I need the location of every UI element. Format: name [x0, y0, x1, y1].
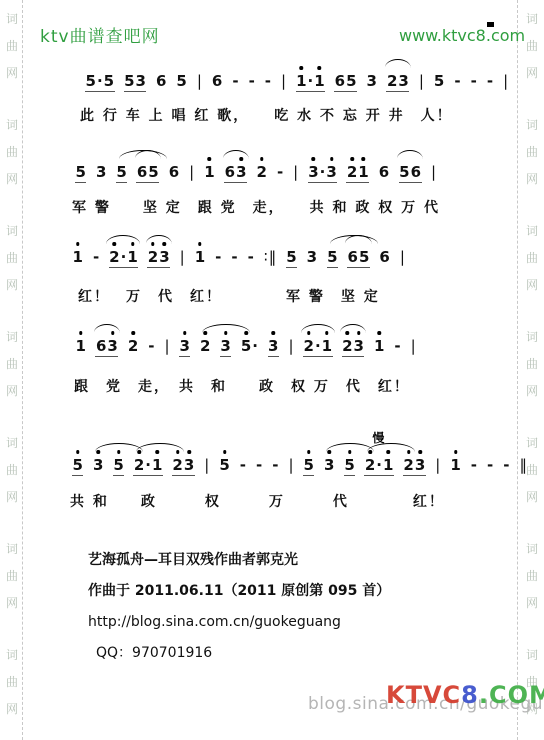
note-char: | [435, 456, 441, 474]
note-char: - [148, 337, 155, 355]
note-char: 2 [403, 456, 414, 474]
barline: ‖ [519, 456, 528, 474]
note-group: 23 [342, 337, 365, 357]
note-char: · [252, 337, 259, 355]
note-group: - [239, 456, 246, 474]
note-char: | [288, 337, 294, 355]
note-char: - [247, 248, 254, 266]
note-group: - [276, 163, 283, 181]
side-watermark-char: 网 [3, 696, 21, 723]
note-char: 3 [159, 248, 170, 266]
note-char: 2 [199, 337, 210, 355]
note-group: 6 [378, 163, 389, 181]
note-group: 3 [366, 72, 377, 90]
side-watermark-char: 曲 [3, 351, 21, 378]
note-char: | [293, 163, 299, 181]
note-char: - [454, 72, 461, 90]
barline: | [293, 163, 299, 181]
logo-part-ktvc: KTVC [386, 681, 461, 709]
side-watermark-char: 网 [3, 378, 21, 405]
note-char: 1 [204, 163, 215, 181]
side-watermark-char: 网 [523, 484, 541, 511]
side-watermark-char: 网 [523, 166, 541, 193]
note-char: ‖ [268, 248, 277, 266]
note-group: 56 [399, 163, 422, 183]
note-char: 3 [398, 72, 409, 90]
note-char: - [486, 72, 493, 90]
note-group: 1 [204, 163, 215, 181]
note-char: - [276, 163, 283, 181]
note-group: - [264, 72, 271, 90]
side-watermark-group: 词曲网 [523, 218, 541, 299]
side-watermark-char: 曲 [523, 139, 541, 166]
note-group: 63 [224, 163, 247, 183]
note-char: 1 [151, 456, 162, 474]
note-group: 2 [199, 337, 210, 355]
note-char: | [431, 163, 437, 181]
note-char: - [239, 456, 246, 474]
note-char: 5 [344, 456, 355, 474]
note-group: - [256, 456, 263, 474]
side-watermark-group: 词曲网 [523, 324, 541, 405]
right-side-watermark: 词曲网词曲网词曲网词曲网词曲网词曲网词曲网 [523, 6, 541, 740]
barline: | [431, 163, 437, 181]
note-char: 6 [379, 248, 390, 266]
note-char: - [256, 456, 263, 474]
side-watermark-char: 词 [523, 6, 541, 33]
barline: | [204, 456, 210, 474]
note-group: 1·1 [296, 72, 326, 92]
notation-line-5: 5352·123|5---|535慢2·123|1---‖ [72, 456, 537, 476]
note-char: - [248, 72, 255, 90]
side-watermark-group: 词曲网 [3, 218, 21, 299]
note-char: ‖ [519, 456, 528, 474]
note-char: 6 [378, 163, 389, 181]
barline: | [435, 456, 441, 474]
note-char: | [189, 163, 195, 181]
side-watermark-char: 网 [3, 60, 21, 87]
sheet-music-page: 词曲网词曲网词曲网词曲网词曲网词曲网词曲网 词曲网词曲网词曲网词曲网词曲网词曲网… [0, 0, 544, 740]
note-group: 23 [147, 248, 170, 268]
note-group: 65 [334, 72, 357, 92]
note-group: - [272, 456, 279, 474]
notation-line-2: 535656|1632-|3·321656| [75, 163, 446, 183]
compose-date-line: 作曲于 2011.06.11（2011 原创第 095 首） [88, 580, 390, 600]
side-watermark-char: 网 [3, 166, 21, 193]
side-watermark-char: 曲 [3, 139, 21, 166]
note-char: 5 [113, 456, 124, 474]
side-watermark-group: 词曲网 [3, 324, 21, 405]
barline: | [189, 163, 195, 181]
note-group: - [486, 72, 493, 90]
note-char: | [179, 248, 185, 266]
note-char: 1 [321, 337, 332, 355]
side-watermark-char: 词 [523, 430, 541, 457]
note-char: 3 [306, 248, 317, 266]
note-group: 5 [116, 163, 127, 183]
side-watermark-group: 词曲网 [523, 6, 541, 87]
note-group: 5· [240, 337, 258, 355]
note-char: 1 [194, 248, 205, 266]
note-char: · [319, 163, 326, 181]
side-watermark-char: 网 [523, 272, 541, 299]
barline: | [196, 72, 202, 90]
note-group: 5 [327, 248, 338, 268]
note-char: 1 [314, 72, 325, 90]
note-group: 2 [256, 163, 267, 181]
note-char: 2 [364, 456, 375, 474]
side-watermark-char: 词 [3, 218, 21, 245]
note-group: 1 [72, 248, 83, 266]
note-char: 3 [366, 72, 377, 90]
side-watermark-char: 曲 [523, 351, 541, 378]
note-group: 23 [172, 456, 195, 476]
note-group: 5 [176, 72, 187, 90]
side-watermark-char: 网 [523, 60, 541, 87]
slur-arc [94, 324, 120, 333]
note-group: 5 [113, 456, 124, 476]
note-char: · [376, 456, 383, 474]
barline: ∶‖ [263, 248, 276, 266]
note-char: 1 [127, 248, 138, 266]
note-char: 2 [303, 337, 314, 355]
slur-arc [385, 59, 411, 68]
note-char: 1 [358, 163, 369, 181]
note-char: - [272, 456, 279, 474]
lyrics-line-3: 红！ 万 代 红！ 军 警 坚 定 [78, 286, 380, 306]
note-group: 3 [220, 337, 231, 357]
note-char: | [281, 72, 287, 90]
note-group: 2 [127, 337, 138, 355]
note-char: 3 [268, 337, 279, 355]
notation-line-3: 1-2·123|1---∶‖535656| [72, 248, 414, 268]
note-group: 5 [75, 163, 86, 183]
note-char: 1 [373, 337, 384, 355]
ktvc8-logo: KTVC8.COM [386, 681, 544, 709]
note-char: 5 [303, 456, 314, 474]
note-group: 2·1 [109, 248, 139, 268]
note-char: - [503, 456, 510, 474]
left-side-watermark: 词曲网词曲网词曲网词曲网词曲网词曲网词曲网 [3, 6, 21, 740]
note-group: 5 [219, 456, 230, 474]
note-group: 5·5 [85, 72, 115, 92]
left-dashed-border [22, 0, 23, 740]
note-char: 2 [109, 248, 120, 266]
note-char: 5 [124, 72, 135, 90]
note-char: | [418, 72, 424, 90]
note-char: 2 [133, 456, 144, 474]
note-group: 1 [373, 337, 384, 355]
barline: | [503, 72, 509, 90]
note-group: - [487, 456, 494, 474]
barline: | [281, 72, 287, 90]
note-group: 3 [92, 456, 103, 474]
note-group: 3 [179, 337, 190, 357]
note-char: | [204, 456, 210, 474]
note-char: | [503, 72, 509, 90]
note-group: - [248, 72, 255, 90]
side-watermark-char: 词 [3, 6, 21, 33]
barline: | [179, 248, 185, 266]
side-watermark-char: 词 [523, 642, 541, 669]
note-char: 2 [147, 248, 158, 266]
note-group: - [394, 337, 401, 355]
side-watermark-char: 网 [3, 272, 21, 299]
note-char: · [145, 456, 152, 474]
blog-url-text: http://blog.sina.com.cn/guokeguang [88, 614, 341, 630]
side-watermark-char: 词 [3, 112, 21, 139]
note-char: 6 [155, 72, 166, 90]
note-char: 3 [95, 163, 106, 181]
side-watermark-char: 词 [3, 536, 21, 563]
note-char: 3 [107, 337, 118, 355]
note-char: 3 [308, 163, 319, 181]
side-watermark-char: 词 [3, 324, 21, 351]
side-watermark-char: 网 [3, 484, 21, 511]
note-char: 6 [347, 248, 358, 266]
logo-part-com: .COM [479, 681, 544, 709]
lyrics-line-1: 此 行 车 上 唱 红 歌， 吃 水 不 忘 开 井 人！ [80, 105, 453, 125]
lyrics-line-5: 共 和 政 权 万 代 红！ [70, 491, 445, 511]
note-group: 3·3 [308, 163, 338, 183]
note-char: - [92, 248, 99, 266]
note-char: · [96, 72, 103, 90]
note-char: 6 [95, 337, 106, 355]
note-char: 2 [386, 72, 397, 90]
note-char: 6 [224, 163, 235, 181]
note-char: 5 [148, 163, 159, 181]
side-watermark-group: 词曲网 [3, 536, 21, 617]
side-watermark-char: 网 [3, 590, 21, 617]
note-char: 5 [116, 163, 127, 181]
note-group: - [232, 72, 239, 90]
note-char: 5 [346, 72, 357, 90]
barline: | [288, 456, 294, 474]
note-group: - [470, 72, 477, 90]
note-group: - [503, 456, 510, 474]
corner-mark [487, 22, 494, 27]
note-char: 1 [75, 337, 86, 355]
side-watermark-char: 曲 [3, 563, 21, 590]
barline: | [288, 337, 294, 355]
note-char: 1 [296, 72, 307, 90]
side-watermark-char: 词 [523, 536, 541, 563]
note-char: 5 [240, 337, 251, 355]
side-watermark-char: 曲 [3, 245, 21, 272]
note-group: - [92, 248, 99, 266]
side-watermark-char: 词 [3, 430, 21, 457]
slur-arc [222, 150, 248, 159]
note-char: 1 [450, 456, 461, 474]
slur-arc [340, 324, 366, 333]
lyrics-line-4: 跟 党 走， 共 和 政 权 万 代 红！ [74, 376, 410, 396]
note-char: 3 [414, 456, 425, 474]
note-char: 2 [127, 337, 138, 355]
note-char: 5 [286, 248, 297, 266]
barline: | [399, 248, 405, 266]
lyrics-line-2: 军 警 坚 定 跟 党 走， 共 和 政 权 万 代 [72, 197, 440, 217]
note-char: - [470, 72, 477, 90]
note-group: 慢2·1 [364, 456, 394, 476]
side-watermark-char: 曲 [523, 33, 541, 60]
note-group: 2·1 [303, 337, 333, 357]
note-group: 21 [346, 163, 369, 183]
note-char: 5 [358, 248, 369, 266]
site-name-link[interactable]: ktv曲谱查吧网 [40, 22, 160, 47]
side-watermark-char: 曲 [3, 457, 21, 484]
note-group: 3 [306, 248, 317, 266]
note-group: 6 [379, 248, 390, 266]
song-credit-line: 艺海孤舟—耳目双残作曲者郭克光 [88, 549, 298, 569]
note-group: 3 [95, 163, 106, 181]
right-dashed-border [517, 0, 518, 740]
note-char: 3 [135, 72, 146, 90]
note-group: - [470, 456, 477, 474]
note-group: 2·1 [133, 456, 163, 476]
side-watermark-char: 网 [523, 378, 541, 405]
note-char: 6 [410, 163, 421, 181]
note-group: 3 [323, 456, 334, 474]
note-char: 1 [382, 456, 393, 474]
note-char: 5 [399, 163, 410, 181]
note-group: 6 [155, 72, 166, 90]
tempo-annotation: 慢 [372, 429, 384, 446]
note-group: 1 [75, 337, 86, 355]
note-char: 3 [179, 337, 190, 355]
note-char: 6 [136, 163, 147, 181]
slur-arc [301, 324, 335, 333]
site-url-link[interactable]: www.ktvc8.com [399, 26, 525, 45]
slur-arc [106, 235, 140, 244]
note-group: - [247, 248, 254, 266]
barline: | [164, 337, 170, 355]
note-group: - [148, 337, 155, 355]
note-group: 23 [386, 72, 409, 92]
side-watermark-char: 曲 [3, 669, 21, 696]
note-group: 5 [303, 456, 314, 476]
note-group: 65 [136, 163, 159, 183]
logo-part-8: 8 [461, 681, 479, 709]
note-char: 3 [326, 163, 337, 181]
note-char: - [215, 248, 222, 266]
note-char: 6 [211, 72, 222, 90]
note-char: · [120, 248, 127, 266]
note-char: 5 [72, 456, 83, 474]
note-group: 23 [403, 456, 426, 476]
side-watermark-group: 词曲网 [3, 642, 21, 723]
note-char: - [264, 72, 271, 90]
note-group: 53 [124, 72, 147, 92]
side-watermark-char: 词 [523, 324, 541, 351]
side-watermark-char: 曲 [3, 33, 21, 60]
note-group: 5 [433, 72, 444, 90]
note-char: - [232, 72, 239, 90]
side-watermark-group: 词曲网 [3, 6, 21, 87]
note-char: | [196, 72, 202, 90]
note-char: 5 [103, 72, 114, 90]
note-char: | [410, 337, 416, 355]
note-char: 3 [236, 163, 247, 181]
side-watermark-char: 词 [523, 112, 541, 139]
slur-arc [397, 150, 423, 159]
note-char: 3 [323, 456, 334, 474]
note-char: - [487, 456, 494, 474]
note-group: 63 [95, 337, 118, 357]
note-char: 2 [172, 456, 183, 474]
note-group: - [231, 248, 238, 266]
note-char: 5 [433, 72, 444, 90]
note-group: - [454, 72, 461, 90]
note-group: - [215, 248, 222, 266]
note-char: · [314, 337, 321, 355]
note-group: 6 [168, 163, 179, 181]
note-char: 2 [256, 163, 267, 181]
side-watermark-char: 词 [523, 218, 541, 245]
barline: | [418, 72, 424, 90]
side-watermark-char: 曲 [523, 245, 541, 272]
note-char: 1 [72, 248, 83, 266]
side-watermark-group: 词曲网 [3, 112, 21, 193]
qq-number: QQ：970701916 [96, 642, 212, 662]
note-char: 5 [327, 248, 338, 266]
side-watermark-group: 词曲网 [523, 112, 541, 193]
slur-arc [146, 235, 172, 244]
note-char: 3 [220, 337, 231, 355]
notation-line-4: 1632-|3235·3|2·1231-| [75, 337, 425, 357]
note-char: 2 [346, 163, 357, 181]
notation-line-1: 5·55365|6---|1·165323|5---| [85, 72, 518, 92]
note-char: | [288, 456, 294, 474]
note-char: | [164, 337, 170, 355]
note-group: 1 [194, 248, 205, 266]
barline: | [410, 337, 416, 355]
note-group: 5 [344, 456, 355, 476]
note-char: - [470, 456, 477, 474]
note-char: - [231, 248, 238, 266]
note-char: 5 [176, 72, 187, 90]
note-group: 5 [286, 248, 297, 268]
note-group: 65 [347, 248, 370, 268]
note-group: 6 [211, 72, 222, 90]
note-char: 6 [168, 163, 179, 181]
note-char: - [394, 337, 401, 355]
note-char: 5 [85, 72, 96, 90]
note-char: 3 [353, 337, 364, 355]
note-char: 2 [342, 337, 353, 355]
note-group: 3 [268, 337, 279, 357]
note-char: 3 [92, 456, 103, 474]
note-char: 6 [334, 72, 345, 90]
note-char: 3 [183, 456, 194, 474]
note-char: 5 [75, 163, 86, 181]
side-watermark-group: 词曲网 [523, 536, 541, 617]
note-char: 5 [219, 456, 230, 474]
side-watermark-char: 网 [523, 590, 541, 617]
side-watermark-char: 曲 [523, 563, 541, 590]
note-char: | [399, 248, 405, 266]
note-group: 5 [72, 456, 83, 476]
note-char: · [307, 72, 314, 90]
note-group: 1 [450, 456, 461, 474]
side-watermark-char: 词 [3, 642, 21, 669]
side-watermark-group: 词曲网 [3, 430, 21, 511]
